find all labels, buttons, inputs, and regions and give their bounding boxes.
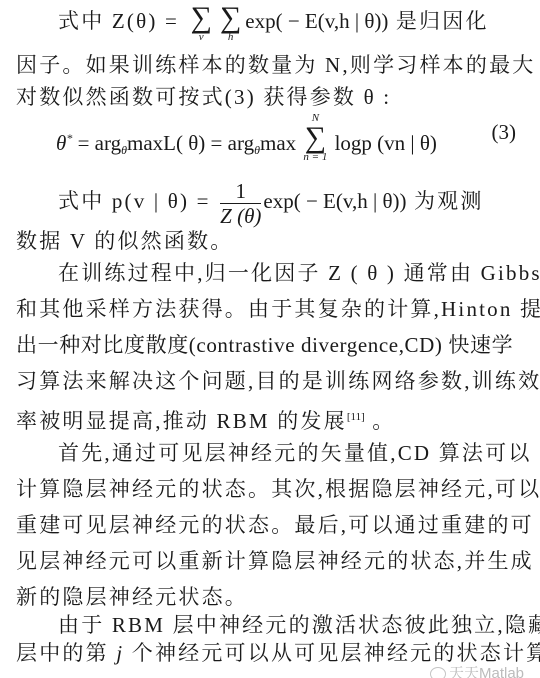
formula-suffix: 是归因化 [388, 9, 488, 33]
sigma-icon: ∑ [190, 4, 211, 32]
text-line: 在训练过程中,归一化因子 Z ( θ ) 通常由 Gibbs [58, 260, 526, 286]
sigma-icon: ∑ [303, 124, 327, 152]
text-line: 对数似然函数可按式(3) 获得参数 θ : [16, 84, 526, 110]
text-line: 见层神经元可以重新计算隐层神经元的状态,并生成 [16, 548, 526, 574]
text-line-with-citation: 率被明显提高,推动 RBM 的发展[11] 。 [16, 404, 526, 434]
equation-3: θ* = argθmaxL( θ) = argθmax N∑n = 1 logp… [56, 112, 524, 170]
sum-n: N∑n = 1 [303, 112, 327, 162]
text-line: 计算隐层神经元的状态。其次,根据隐层神经元,可以 [16, 476, 526, 502]
text-line: 由于 RBM 层中神经元的激活状态彼此独立,隐藏 [58, 612, 526, 638]
text-line: 新的隐层神经元状态。 [16, 584, 526, 610]
sum-v: ∑v [190, 4, 211, 42]
text-line: 数据 V 的似然函数。 [16, 228, 526, 254]
text-line: 和其他采样方法获得。由于其复杂的计算,Hinton 提 [16, 296, 526, 322]
text-line: 习算法来解决这个问题,目的是训练网络参数,训练效 [16, 368, 526, 394]
citation[interactable]: [11] [347, 411, 365, 423]
wechat-icon [430, 667, 446, 678]
sum-h: ∑h [220, 4, 241, 42]
fraction: 1Z (θ) [220, 179, 261, 228]
formula-line-p: 式中 p(v | θ) = 1Z (θ)exp( − E(v,h | θ)) 为… [58, 176, 526, 228]
text-line: 因子。如果训练样本的数量为 N,则学习样本的最大 [16, 52, 526, 78]
text-line: 出一种对比度散度(contrastive divergence,CD) 快速学 [16, 332, 526, 358]
sigma-icon: ∑ [220, 4, 241, 32]
theta-star: θ* [56, 131, 72, 155]
formula-line-z-theta: 式中 Z(θ) = ∑v∑hexp( − E(v,h | θ)) 是归因化 [58, 2, 526, 42]
formula-prefix: 式中 Z(θ) = [58, 9, 179, 33]
watermark: 天天Matlab [430, 662, 524, 678]
formula-expr: exp( − E(v,h | θ)) [245, 9, 388, 33]
text-line: 首先,通过可见层神经元的矢量值,CD 算法可以 [58, 440, 526, 466]
text-line: 重建可见层神经元的状态。最后,可以通过重建的可 [16, 512, 526, 538]
equation-label: (3) [492, 112, 517, 152]
